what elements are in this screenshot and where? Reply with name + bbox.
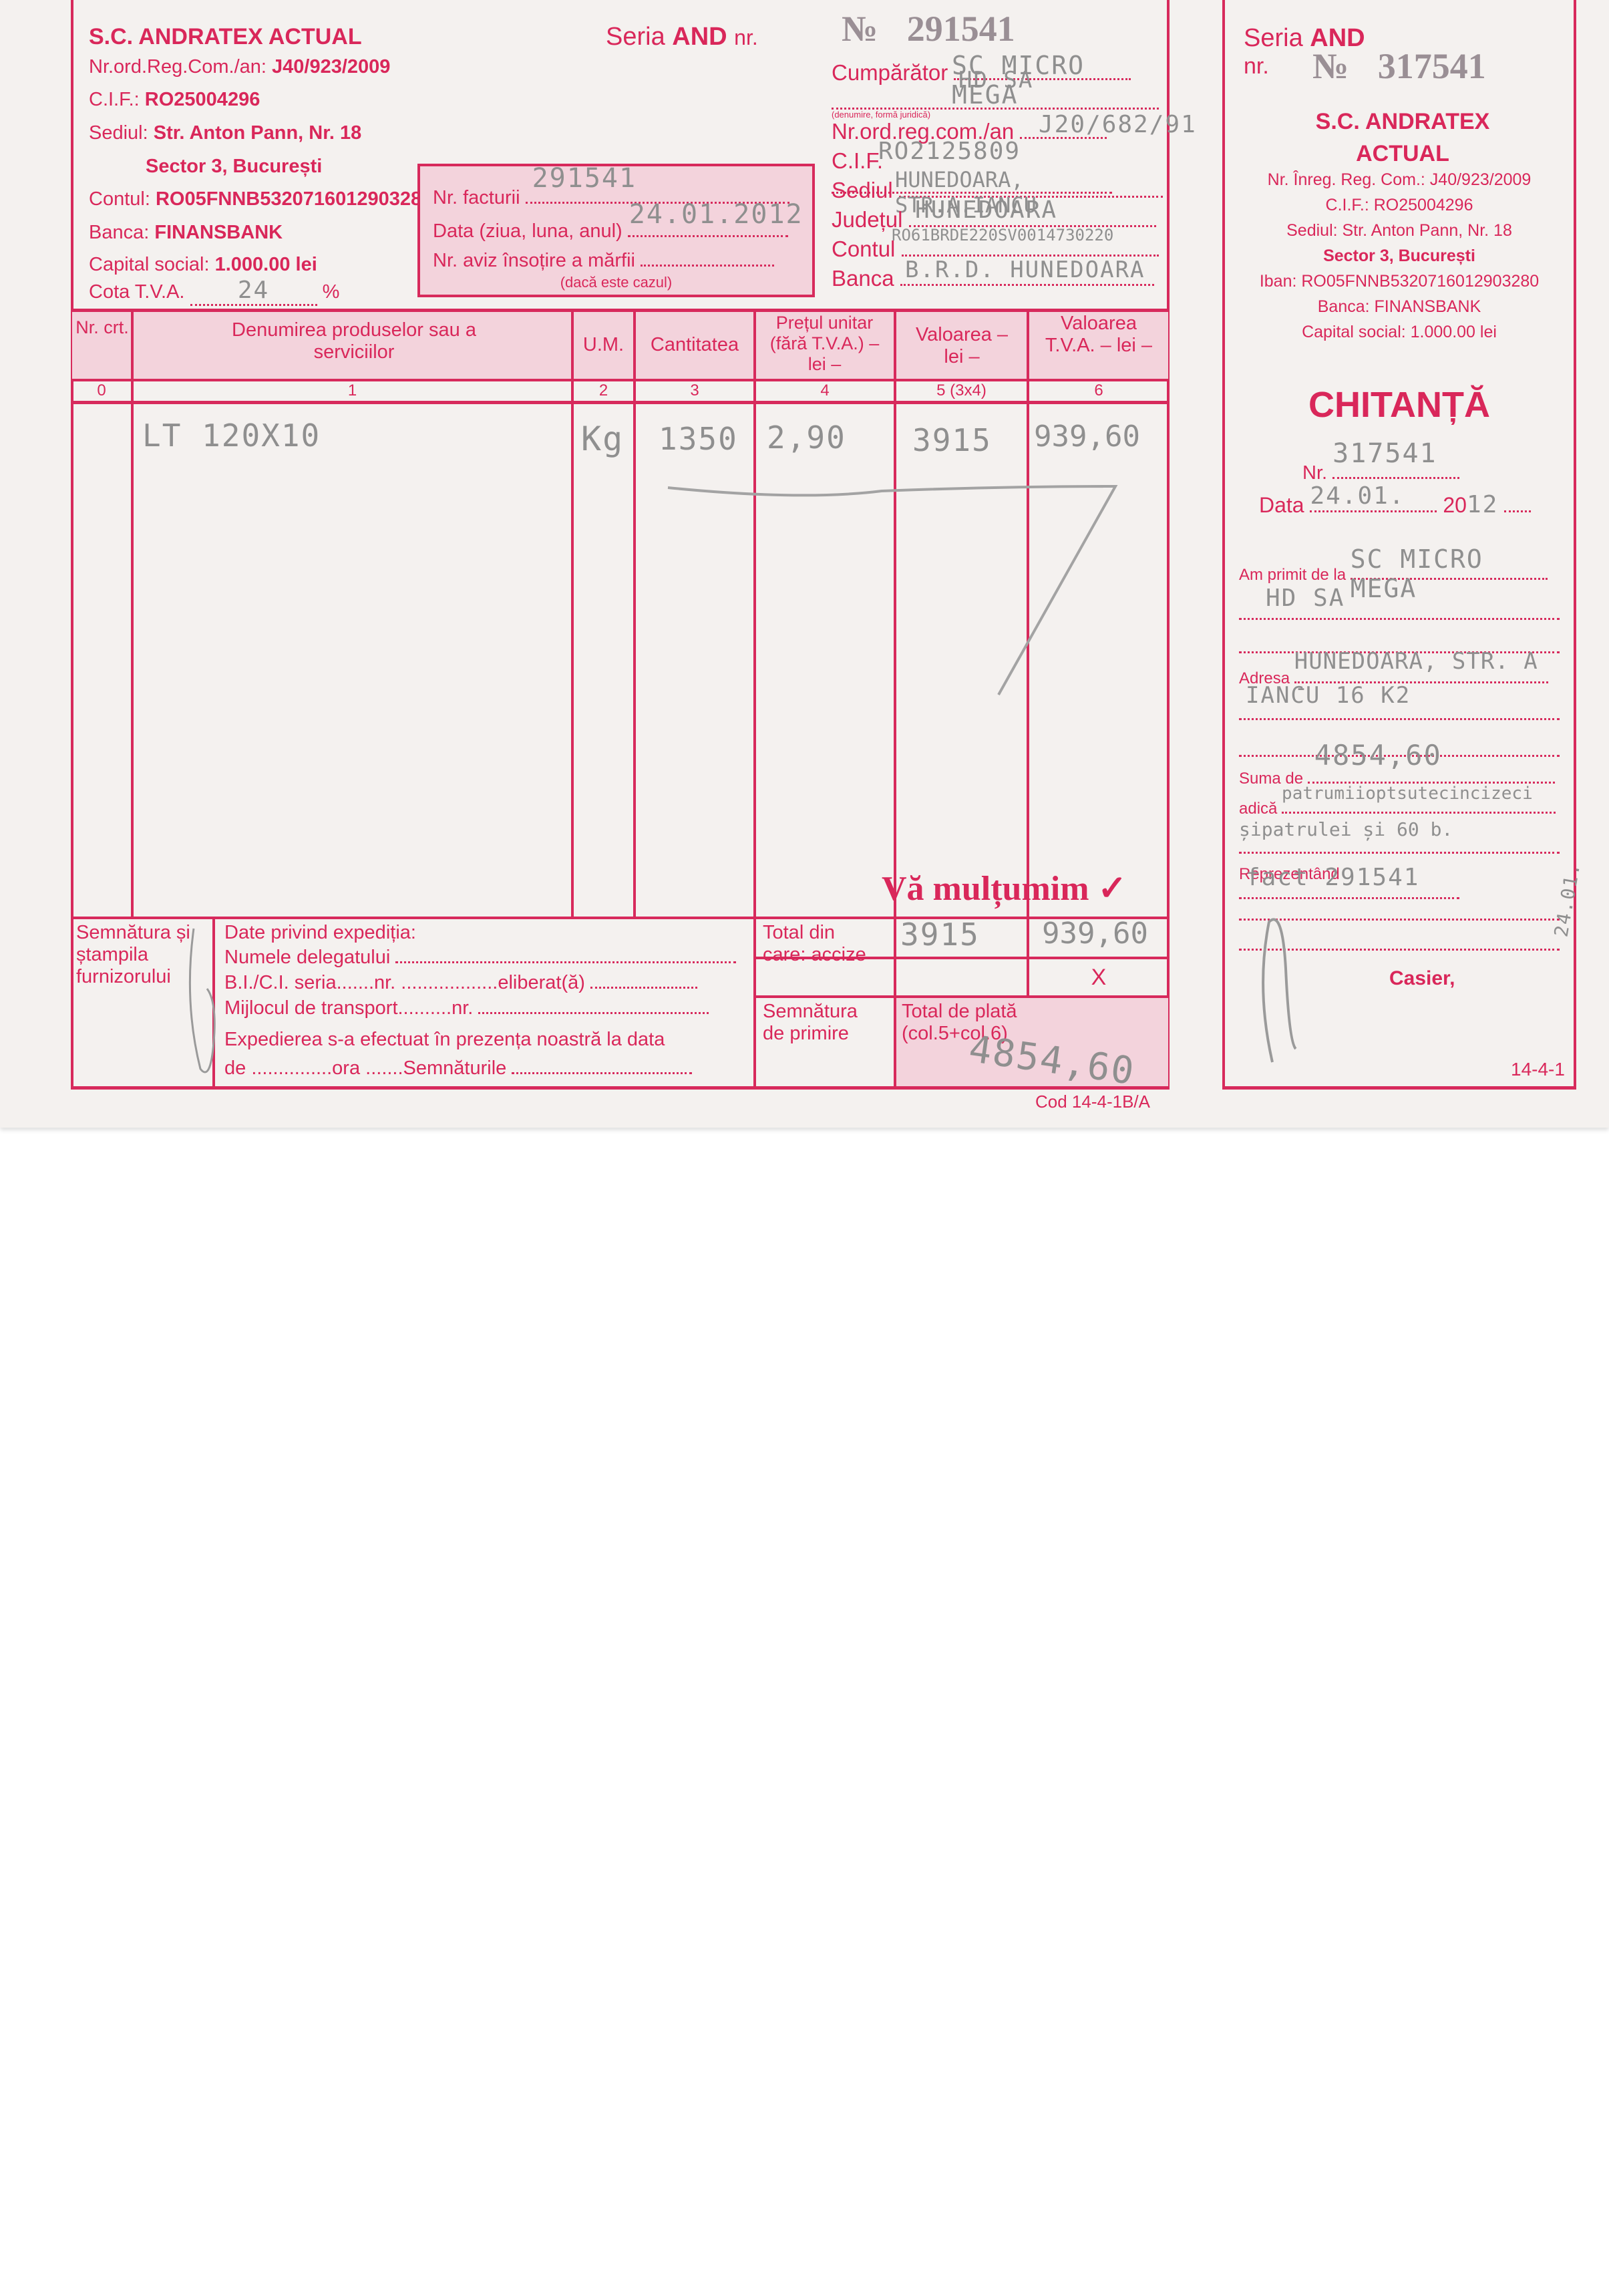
transport-field[interactable]: Mijlocul de transport..........nr. xyxy=(224,997,709,1019)
receipt-date-field[interactable]: Data 24.01. 2012 xyxy=(1259,491,1531,518)
amount-words-field[interactable]: adică patrumiioptsutecincizeci xyxy=(1239,798,1560,818)
receipt-title: CHITANȚĂ xyxy=(1226,384,1573,426)
id-card-field[interactable]: B.I./C.I. seria.......nr. ..............… xyxy=(224,972,697,994)
receipt-nr-field[interactable]: Nr. 317541 xyxy=(1302,461,1459,484)
footer-divider xyxy=(753,917,756,1089)
received-from-field[interactable]: Am primit de la SC MICRO MEGA xyxy=(1239,564,1560,585)
expedition-title: Date privind expediția: xyxy=(224,922,416,944)
receipt-sector: Sector 3, București xyxy=(1226,247,1573,266)
accize-tva-x: X xyxy=(1029,965,1168,991)
cashier-signature-scribble xyxy=(1249,909,1316,1069)
footer-divider xyxy=(894,917,896,995)
supplier-signature-scribble xyxy=(180,922,234,1082)
invoice-bottom-border xyxy=(71,1086,1170,1090)
receipt-bottom-border xyxy=(1222,1086,1576,1090)
receipt-form-code: 14-4-1 xyxy=(1511,1059,1565,1080)
receipt-capital: Capital social: 1.000.00 lei xyxy=(1226,323,1573,342)
receipt-number: № 317541 xyxy=(1312,45,1486,87)
receipt-banca: Banca: FINANSBANK xyxy=(1226,297,1573,317)
total-valoare: 3915 xyxy=(900,917,980,953)
receipt-sediu: Sediul: Str. Anton Pann, Nr. 18 xyxy=(1226,221,1573,240)
address-line2[interactable]: IANCU 16 K2 xyxy=(1239,705,1560,720)
total-label: Total din care: accize xyxy=(763,922,883,966)
cashier-label: Casier, xyxy=(1389,967,1455,990)
receipt-signature-label: Semnătura de primire xyxy=(763,1001,883,1045)
receipt-reg-com: Nr. Înreg. Reg. Com.: J40/923/2009 xyxy=(1226,170,1573,190)
receipt-iban: Iban: RO05FNNB5320716012903280 xyxy=(1226,272,1573,291)
receipt-nr-label: nr. xyxy=(1244,53,1269,79)
amount-words-line2[interactable]: șipatrulei și 60 b. xyxy=(1239,838,1560,854)
delegate-field[interactable]: Numele delegatului xyxy=(224,947,736,969)
total-tva: 939,60 xyxy=(1042,917,1148,951)
thanks-stamp: Vă mulțumim ✓ xyxy=(882,868,1127,909)
receipt-cif: C.I.F.: RO25004296 xyxy=(1226,196,1573,215)
invoice-form-code: Cod 14-4-1B/A xyxy=(1035,1092,1150,1112)
scanned-paper: S.C. ANDRATEX ACTUAL Nr.ord.Reg.Com./an:… xyxy=(0,0,1609,1128)
expedition-statement: Expedierea s-a efectuat în prezența noas… xyxy=(224,1029,665,1051)
received-from-line2[interactable]: HD SA xyxy=(1239,605,1560,620)
expedition-date-field[interactable]: de ...............ora .......Semnăturile xyxy=(224,1057,692,1080)
empty-rows-strike-mark xyxy=(0,0,1176,935)
receipt-company: S.C. ANDRATEX ACTUAL xyxy=(1276,106,1530,170)
representing-field[interactable]: Reprezentând fact 291541 xyxy=(1239,865,1560,904)
footer-top-border xyxy=(71,917,1170,919)
